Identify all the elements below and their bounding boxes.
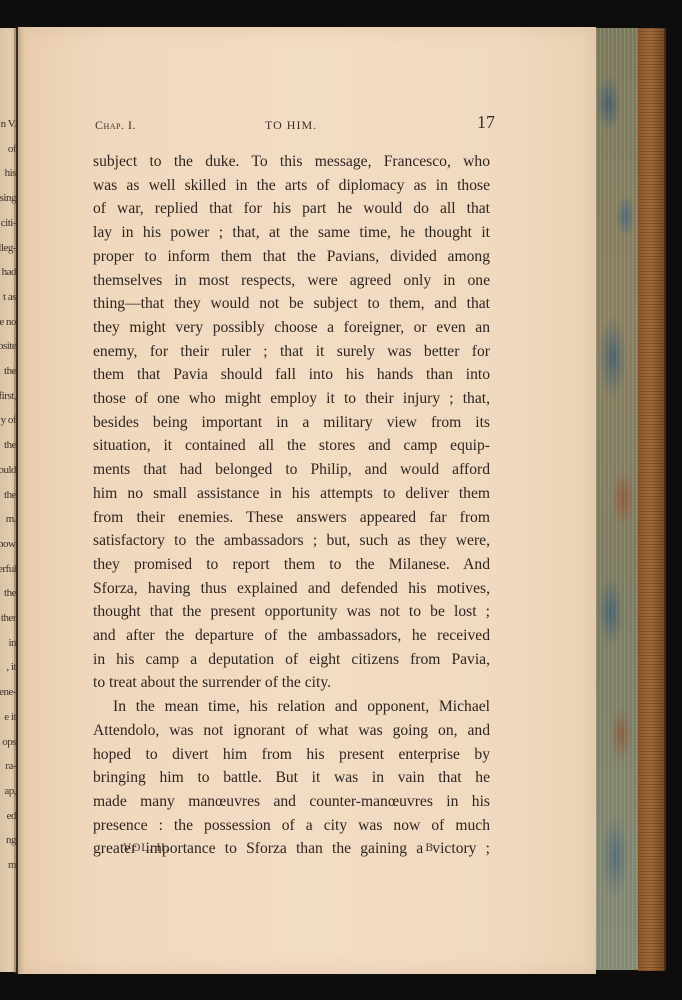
text-line: from their enemies. These answers appear… <box>93 506 490 530</box>
text-line: bringing him to battle. But it was in va… <box>93 766 490 790</box>
text-line: they promised to report them to the Mila… <box>93 553 490 577</box>
text-line: to treat about the surrender of the city… <box>93 671 490 695</box>
gutter-shadow <box>14 28 24 973</box>
text-line: proper to inform them that the Pavians, … <box>93 245 490 269</box>
page-number: 17 <box>477 112 495 133</box>
text-line: him no small assistance in his attempts … <box>93 482 490 506</box>
text-line: In the mean time, his relation and oppon… <box>93 695 490 719</box>
marbled-page-edge <box>596 28 638 970</box>
text-line: was as well skilled in the arts of diplo… <box>93 174 490 198</box>
running-title: TO HIM. <box>265 118 317 133</box>
text-line: enemy, for their ruler ; that it surely … <box>93 340 490 364</box>
text-line: satisfactory to the ambassadors ; but, s… <box>93 529 490 553</box>
text-line: those of one who might employ it to thei… <box>93 387 490 411</box>
body-text: subject to the duke. To this message, Fr… <box>93 150 490 861</box>
cover-board-edge <box>638 28 666 971</box>
text-line: besides being important in a military vi… <box>93 411 490 435</box>
text-line: in his camp a deputation of eight citize… <box>93 648 490 672</box>
text-line: situation, it contained all the stores a… <box>93 434 490 458</box>
text-line: Sforza, having thus explained and defend… <box>93 577 490 601</box>
text-line: lay in his power ; that, at the same tim… <box>93 221 490 245</box>
text-line: hoped to divert him from his present ent… <box>93 743 490 767</box>
text-line: made many manœuvres and counter-manœuvre… <box>93 790 490 814</box>
volume-label: VOL. II. <box>123 842 169 854</box>
text-line: and after the departure of the ambassado… <box>93 624 490 648</box>
page-footer: VOL. II. B <box>123 842 433 858</box>
text-line: ments that had belonged to Philip, and w… <box>93 458 490 482</box>
text-line: thing—that they would not be subject to … <box>93 292 490 316</box>
text-line: of war, replied that for his part he wou… <box>93 197 490 221</box>
chapter-label: Chap. I. <box>95 118 136 133</box>
running-head: Chap. I. TO HIM. 17 <box>95 114 495 134</box>
text-line: them that Pavia should fall into his han… <box>93 363 490 387</box>
signature-mark: B <box>425 842 433 854</box>
text-line: subject to the duke. To this message, Fr… <box>93 150 490 174</box>
text-line: presence : the possession of a city was … <box>93 814 490 838</box>
book-photo: n V. of his sing citi- lleg- had t as e … <box>0 0 682 1000</box>
text-line: thought that the present opportunity was… <box>93 600 490 624</box>
text-line: they might very possibly choose a foreig… <box>93 316 490 340</box>
text-line: Attendolo, was not ignorant of what was … <box>93 719 490 743</box>
text-line: themselves in most respects, were agreed… <box>93 269 490 293</box>
